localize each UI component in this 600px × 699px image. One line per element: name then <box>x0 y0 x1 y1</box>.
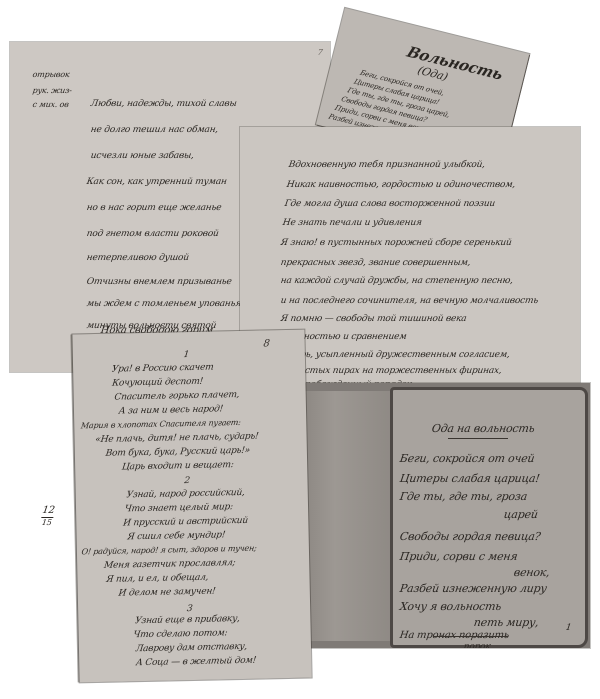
stanza-number: 1 <box>183 350 190 360</box>
manuscript-line: венок, <box>513 566 550 579</box>
poem-line: Царь входит и вещает: <box>121 461 234 472</box>
manuscript-line: исчезли юные забавы, <box>90 152 194 161</box>
poem-line: Кочующий деспот! <box>112 378 204 389</box>
folio-denominator: 15 <box>40 518 54 527</box>
manuscript-line: мы ждем с томленьем упованья <box>86 300 242 309</box>
notebook-left-page <box>298 391 393 641</box>
manuscript-line: и царь, усыпленный дружественным согласи… <box>280 351 510 360</box>
manuscript-line: Не знать печали и удивления <box>282 219 422 228</box>
poem-line: «Не плачь, дитя! не плачь, сударь! <box>95 433 259 445</box>
manuscript-line: Хочу я вольность <box>399 600 502 613</box>
open-notebook: Ода на вольность Беги, сокройся от очей … <box>290 383 590 648</box>
poem-line: Я сшил себе мундир! <box>127 531 226 542</box>
manuscript-line: Вдохновенную тебя признанной улыбкой, <box>288 161 485 170</box>
poem-line: Ура! в Россию скачет <box>111 364 214 375</box>
manuscript-line: Цитеры слабая царица! <box>399 472 541 485</box>
bottom-rule <box>433 636 508 637</box>
manuscript-line: Приди, сорви с меня <box>399 550 518 563</box>
poem-line: И делом не замучен! <box>118 588 216 599</box>
poem-line: Спаситель горько плачет, <box>114 391 240 403</box>
page-number: 8 <box>263 338 270 349</box>
notebook-right-page: Ода на вольность Беги, сокройся от очей … <box>390 387 588 648</box>
stanza-number: 3 <box>186 604 193 614</box>
manuscript-page-poem: 8 1 Ура! в Россию скачет Кочующий деспот… <box>72 330 311 683</box>
manuscript-line: Где ты, где ты, гроза <box>399 490 528 503</box>
manuscript-line: но в нас горит еще желанье <box>86 204 222 213</box>
manuscript-line: Я знаю! в пустынных порожней сборе серен… <box>280 239 512 248</box>
manuscript-line: и на последнего сочинителя, на вечную мо… <box>280 297 539 306</box>
manuscript-line: петь миру, <box>473 616 539 629</box>
title-underline <box>448 438 508 439</box>
poem-line: И прусский и австрийский <box>122 517 248 529</box>
manuscript-line: Где могла душа слова восторженной поэзии <box>284 200 495 209</box>
poem-line: Узнай еще в прибавку, <box>135 615 241 626</box>
poem-line: О! радуйся, народ! я сыт, здоров и тучен… <box>81 545 257 557</box>
manuscript-line: Разбей изнеженную лиру <box>399 582 548 595</box>
notebook-page-number: 1 <box>565 623 572 633</box>
poem-line: А Соца — в желтый дом! <box>135 657 256 669</box>
manuscript-line: не долго тешил нас обман, <box>90 126 219 135</box>
manuscript-line: на частых пирах на торжественных фиринах… <box>280 367 502 376</box>
manuscript-line: прекрасных звезд, звание совершенным, <box>280 259 471 268</box>
poem-line: А за ним и весь народ! <box>118 405 223 416</box>
manuscript-line: Любви, надежды, тихой славы <box>90 100 237 109</box>
poem-line: Что знает целый мир: <box>124 503 233 514</box>
manuscript-line: нетерпеливою душой <box>86 254 189 263</box>
stanza-number: 2 <box>184 476 191 486</box>
poem-line: Я пил, и ел, и обещал, <box>106 574 209 585</box>
poem-line: Узнай, народ российский, <box>126 489 245 500</box>
manuscript-line: под гнетом власти роковой <box>86 230 219 239</box>
manuscript-line: на каждой случай дружбы, на степенную пе… <box>280 277 513 286</box>
poem-line: Меня газетчик прославлял; <box>103 559 235 571</box>
poem-line: Лаврову дам отставку, <box>135 643 247 654</box>
poem-line: Мария в хлопотах Спасителя пугает: <box>80 419 241 430</box>
corner-page-mark: 7 <box>317 48 323 57</box>
poem-line: Вот бука, бука, Русский царь!» <box>105 447 250 459</box>
margin-note-line: рук. жиз- <box>32 86 72 95</box>
manuscript-line: Никак наивностью, гордостью и одиночеств… <box>286 181 516 190</box>
folio-number: 12 15 <box>40 505 55 527</box>
manuscript-line: порок. <box>463 642 494 648</box>
manuscript-line: Отчизны внемлем призыванье <box>86 278 232 287</box>
notebook-title: Ода на вольность <box>431 422 535 435</box>
margin-note-line: отрывок <box>32 70 70 79</box>
poem-line: Что сделаю потом: <box>133 629 228 640</box>
manuscript-line: Свободы гордая певица? <box>399 530 541 543</box>
folio-numerator: 12 <box>41 505 55 518</box>
margin-note-line: с мих. ов <box>32 100 69 109</box>
manuscript-line: Я помню — свободы той тишиной века <box>280 315 467 324</box>
manuscript-line: Беги, сокройся от очей <box>399 452 535 465</box>
manuscript-line: Как сон, как утренний туман <box>86 178 227 187</box>
manuscript-line: царей <box>503 508 539 521</box>
